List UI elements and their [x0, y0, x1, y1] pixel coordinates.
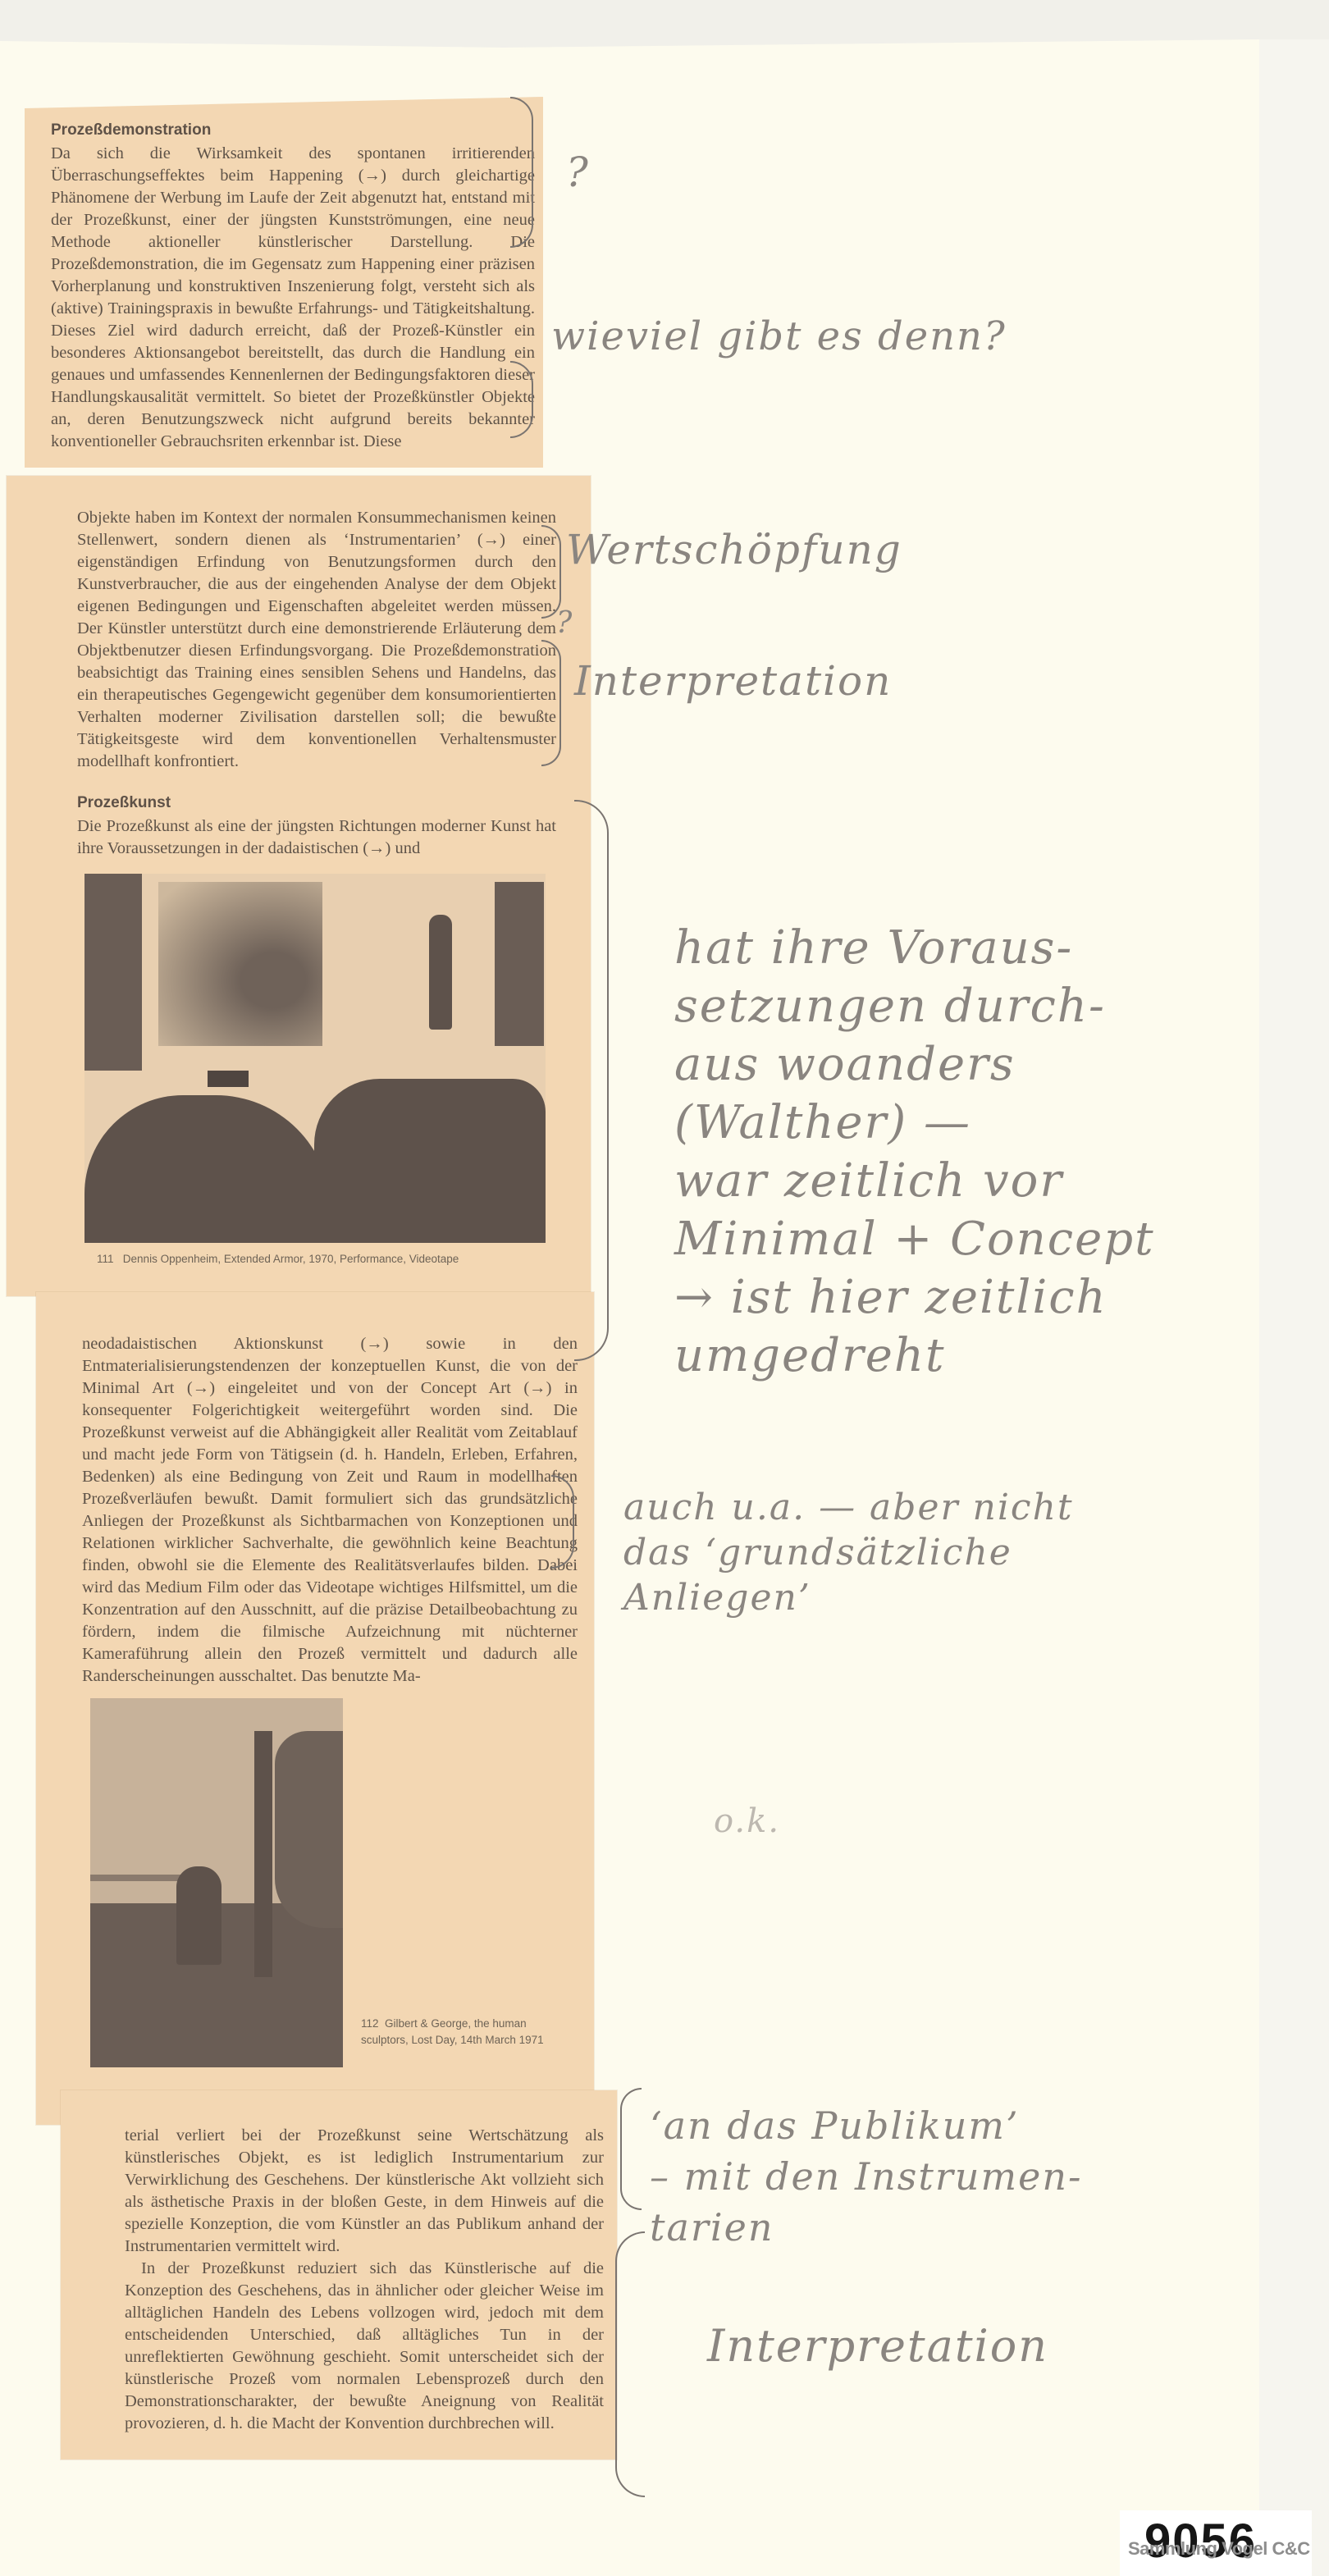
- annotation-anliegen: auch u.a. — aber nicht das ‘grundsätzlic…: [623, 1485, 1074, 1620]
- figure-caption-112: 112 Gilbert & George, the human sculptor…: [361, 2016, 551, 2048]
- photo-figure-112: [90, 1698, 343, 2067]
- pencil-brace: [620, 2088, 642, 2210]
- clipping-prozessdemonstration: Prozeßdemonstration Da sich die Wirksamk…: [25, 97, 543, 468]
- pencil-brace: [510, 97, 533, 248]
- annotation-publikum: ‘an das Publikum’ – mit den Instrumen- t…: [650, 2100, 1083, 2253]
- annotation-question-mark: ?: [566, 148, 590, 197]
- annotation-interpretation: Interpretation: [574, 656, 892, 706]
- clipping-text: terial verliert bei der Prozeßkunst sein…: [125, 2125, 604, 2258]
- annotation-wertschoepfung: Wertschöpfung: [566, 525, 902, 574]
- figure-caption-text: Gilbert & George, the human sculptors, L…: [361, 2017, 544, 2046]
- figure-caption-text: Dennis Oppenheim, Extended Armor, 1970, …: [123, 1253, 459, 1265]
- figure-number: 112: [361, 2017, 379, 2030]
- clipping-objekte-prozesskunst: Objekte haben im Kontext der normalen Ko…: [7, 476, 591, 1296]
- figure-number: 111: [97, 1253, 114, 1265]
- annotation-ok: o.k.: [714, 1797, 780, 1846]
- pencil-brace: [551, 1475, 574, 1569]
- annotation-interpretation: Interpretation: [707, 2322, 1048, 2371]
- pencil-brace: [541, 640, 561, 766]
- clipping-text: neodadaistischen Aktionskunst (→) sowie …: [82, 1333, 578, 1688]
- annotation-wieviel: wieviel gibt es denn?: [551, 312, 1007, 361]
- figure-caption-111: 111 Dennis Oppenheim, Extended Armor, 19…: [97, 1251, 556, 1267]
- section-heading: Prozeßkunst: [77, 794, 556, 812]
- clipping-text: Objekte haben im Kontext der normalen Ko…: [77, 507, 556, 773]
- clipping-text: In der Prozeßkunst reduziert sich das Kü…: [125, 2258, 604, 2435]
- annotation-voraussetzungen: hat ihre Voraus- setzungen durch- aus wo…: [674, 919, 1155, 1385]
- scan-background: [1259, 39, 1329, 2576]
- clipping-neodadaistischen: neodadaistischen Aktionskunst (→) sowie …: [36, 1292, 594, 2125]
- clipping-terial: terial verliert bei der Prozeßkunst sein…: [61, 2090, 617, 2460]
- pencil-brace: [510, 361, 533, 438]
- pencil-brace: [574, 800, 609, 1361]
- section-heading: Prozeßdemonstration: [51, 121, 535, 139]
- collection-label: Sammlung Vogel C&C: [1128, 2538, 1310, 2560]
- clipping-text: Die Prozeßkunst als eine der jüngsten Ri…: [77, 815, 556, 860]
- photo-figure-111: [84, 874, 546, 1243]
- pencil-brace: [615, 2231, 645, 2497]
- archive-stamp: 9056 Sammlung Vogel C&C: [1120, 2510, 1312, 2576]
- annotation-question-mark: ?: [556, 599, 573, 648]
- clipping-text: Da sich die Wirksamkeit des spontanen ir…: [51, 143, 535, 453]
